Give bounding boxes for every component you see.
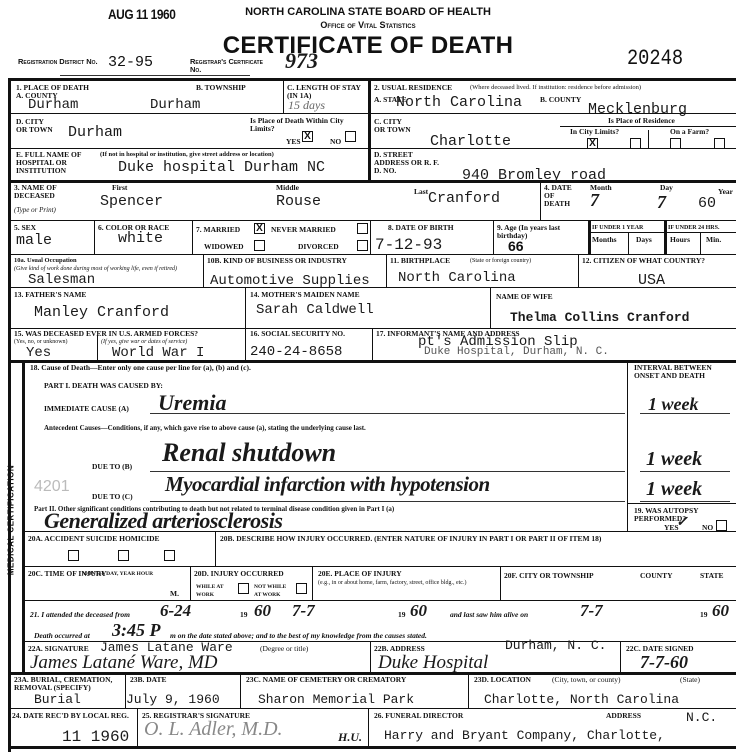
months-label: Months [592,236,617,244]
time-of-injury-m: M. [170,590,179,598]
organization-name: NORTH CAROLINA STATE BOARD OF HEALTH [0,6,736,18]
residence-county-label: b. County [540,96,581,104]
father-name-label: 13. Father's Name [14,291,86,299]
occupation-label: 10a. Usual Occupation [14,257,77,265]
last-saw-label: and last saw him alive on [450,611,528,619]
autopsy-yes-mark[interactable]: ✓ [676,514,688,531]
funeral-address-label: Address [606,712,641,720]
spouse-name-value: Thelma Collins Cranford [510,310,689,325]
industry-value: Automotive Supplies [210,273,370,289]
on-farm-label: On a Farm? [670,128,709,136]
death-township-value: Durham [150,97,200,113]
registrar-initials: H.U. [338,730,362,745]
under-1-year-label: If under 1 year [592,224,643,232]
death-day-label: Day [660,184,673,192]
part2-value: Generalized arteriosclerosis [44,508,282,534]
in-city-limits-yes-checkbox[interactable]: X [587,138,598,149]
describe-injury-label: 20b. Describe how injury occurred. (Ente… [220,535,601,543]
death-city-label: d. City or Town [16,118,56,134]
cause-b-value: Renal shutdown [162,438,336,468]
date-signed-value: 7-7-60 [640,652,688,673]
married-checkbox[interactable]: X [254,223,265,234]
first-name-value: Spencer [100,193,163,210]
last-saw-year: 60 [712,601,729,621]
street-address-label: d. Street Address or R. F. D. No. [374,151,444,175]
attended-from-year-prefix: 19 [240,611,248,619]
not-while-at-work-checkbox[interactable] [296,583,307,594]
burial-label: 23a. Burial, Cremation, Removal (Specify… [14,676,124,692]
immediate-interval-value: 1 week [648,394,698,415]
never-married-label: Never Married [271,226,336,234]
is-place-of-residence-label: Is Place of Residence [608,117,675,125]
death-day-value: 7 [657,192,666,213]
middle-name-label: Middle [276,184,299,192]
signature-handwritten: James Latané Ware, MD [30,652,218,674]
degree-label: (Degree or title) [260,645,308,653]
death-occurred-tail: m on the date stated above; and to the b… [170,632,427,640]
usual-residence-label: 2. Usual Residence [374,84,452,92]
usual-residence-hint: (Where deceased lived. If institution: r… [470,84,641,92]
due-to-b-label: Due to (b) [92,463,132,471]
state-file-number: 20248 [627,46,683,71]
last-name-value: Cranford [428,190,500,207]
ssn-label: 16. Social Security No. [250,330,345,338]
street-address-value: 940 Bromley road [462,167,606,184]
within-limits-no-label: NO [330,138,341,146]
armed-forces-label: 15. Was Deceased Ever in U.S. Armed Forc… [14,330,198,338]
date-of-death-label: 4. Date of Death [544,184,580,208]
place-of-injury-label: 20e. Place of Injury [318,570,402,578]
citizen-label: 12. Citizen of What Country? [582,257,705,265]
last-saw-year-prefix: 19 [700,611,708,619]
office-name: Office of Vital Statistics [0,20,736,30]
occupation-value: Salesman [28,272,95,288]
city-township-label: 20f. City or Township [504,572,594,580]
in-city-limits-label: In City Limits? [570,128,619,136]
registrar-certificate-label: Registrar's Certificate No. [190,58,270,74]
suicide-checkbox[interactable] [118,550,129,561]
registrar-signature-value: O. L. Adler, M.D. [144,718,283,741]
not-while-at-work-label: Not While at Work [254,583,288,599]
funeral-state-value: N.C. [686,710,717,725]
immediate-cause-label: Immediate Cause (a) [44,405,129,413]
within-limits-yes-label: YES [286,138,301,146]
within-limits-yes-checkbox[interactable]: X [302,131,313,142]
birthplace-hint: (State or foreign country) [470,257,531,265]
divorced-label: Divorced [298,243,339,251]
armed-forces-value: Yes [26,345,51,361]
part1-label: Part I. Death was caused by: [44,382,163,390]
autopsy-no-checkbox[interactable] [716,520,727,531]
injury-county-label: County [640,572,673,580]
ssn-value: 240-24-8658 [250,344,342,360]
informant-line2: Duke Hospital, Durham, N. C. [424,346,609,358]
interval-label: Interval Between Onset and Death [634,364,734,380]
spouse-name-label: Name of wife [496,293,553,301]
deceased-name-hint: (Type or Print) [14,206,56,214]
death-county-value: Durham [28,97,78,113]
within-limits-no-checkbox[interactable] [345,131,356,142]
physician-address-handwritten: Duke Hospital [378,652,488,674]
industry-label: 10b. Kind of Business or Industry [207,257,347,265]
date-recd-label: 24. Date Rec'd by Local Reg. [12,712,134,720]
attended-to-value: 7-7 [292,601,315,621]
injury-state-label: State [700,572,723,580]
accident-checkbox[interactable] [68,550,79,561]
homicide-checkbox[interactable] [164,550,175,561]
place-of-injury-hint: (e.g., in or about home, farm, factory, … [318,579,496,587]
last-saw-value: 7-7 [580,601,603,621]
mother-name-label: 14. Mother's Maiden Name [250,291,360,299]
attended-to-year: 60 [410,601,427,621]
last-name-label: Last [414,188,428,196]
middle-name-value: Rouse [276,193,321,210]
in-city-limits-no-checkbox[interactable] [630,138,641,149]
interval-c-value: 1 week [646,478,702,501]
attended-from-value: 6-24 [160,601,191,621]
funeral-director-label: 26. Funeral Director [374,712,463,720]
registration-district-value: 32-95 [108,54,153,71]
cause-c-value: Myocardial infarction with hypotension [165,472,490,497]
married-label: 7. Married [196,226,240,234]
location-state-hint: (State) [680,676,700,684]
death-township-label: b. Township [196,84,246,92]
medical-certification-side-label: MEDICAL CERTIFICATION [4,440,18,600]
never-married-checkbox[interactable] [357,223,368,234]
first-name-label: First [112,184,127,192]
autopsy-no-label: NO [702,524,713,532]
death-occurred-label: Death occurred at [34,632,90,640]
while-at-work-checkbox[interactable] [238,583,249,594]
mother-name-value: Sarah Caldwell [256,302,374,318]
length-of-stay-value: 15 days [288,98,325,113]
location-label: 23d. Location [474,676,531,684]
due-to-c-label: Due to (c) [92,493,133,501]
citizen-value: USA [638,272,665,289]
on-farm-no-checkbox[interactable] [714,138,725,149]
immediate-cause-value: Uremia [158,390,226,416]
date-recd-value: 11 1960 [62,728,129,746]
dob-value: 7-12-93 [375,236,442,254]
cause-of-death-header: 18. Cause of Death—Enter only one cause … [30,364,251,372]
widowed-checkbox[interactable] [254,240,265,251]
attended-from-year: 60 [254,601,271,621]
cemetery-value: Sharon Memorial Park [258,692,414,707]
time-of-injury-hint: Month, Day, Year Hour [82,570,153,578]
burial-date-label: 23b. Date [130,676,167,684]
death-year-value: 60 [698,195,716,212]
war-value: World War I [112,345,204,361]
days-label: Days [636,236,652,244]
attended-to-year-prefix: 19 [398,611,406,619]
residence-state-value: North Carolina [396,94,522,111]
sex-value: male [16,232,52,249]
location-value: Charlotte, North Carolina [484,692,679,707]
hospital-hint: (If not in hospital or institution, give… [100,151,274,159]
hospital-value: Duke hospital Durham NC [118,159,325,176]
father-name-value: Manley Cranford [34,304,169,321]
death-time-value: 3:45 P [112,620,161,641]
while-at-work-label: While at Work [196,583,236,599]
on-farm-yes-checkbox[interactable] [670,138,681,149]
death-city-value: Durham [68,124,122,141]
death-month-value: 7 [590,190,599,211]
cemetery-label: 23c. Name of Cemetery or Crematory [246,676,406,684]
widowed-label: Widowed [204,243,244,251]
registration-district-label: Registration District No. [18,58,98,66]
margin-code-note: 4201 [34,478,70,496]
attended-label: 21. I attended the deceased from [30,611,130,619]
divorced-checkbox[interactable] [357,240,368,251]
antecedent-label: Antecedent Causes—Conditions, if any, wh… [44,424,366,432]
location-hint: (City, town, or county) [552,676,620,684]
registrar-certificate-value: 973 [285,48,318,74]
hospital-label: e. Full Name of Hospital or Institution [16,151,96,175]
min-label: Min. [706,236,721,244]
hours-label: Hours [670,236,690,244]
death-year-label: Year [718,188,733,196]
age-value: 66 [508,238,524,254]
burial-date-value: July 9, 1960 [126,692,220,707]
residence-city-value: Charlotte [430,133,511,150]
burial-value: Burial [34,692,81,707]
dob-label: 8. Date of Birth [388,224,454,232]
race-value: white [118,230,163,247]
birthplace-value: North Carolina [398,270,516,286]
funeral-director-value: Harry and Bryant Company, Charlotte, [384,728,665,743]
sex-label: 5. Sex [14,224,36,232]
birthplace-label: 11. Birthplace [390,257,450,265]
residence-city-label: c. City or Town [374,118,414,134]
under-24-hrs-label: If under 24 hrs. [668,224,719,232]
accident-label: 20a. Accident Suicide Homicide [28,535,160,543]
injury-occurred-label: 20d. Injury Occurred [194,570,284,578]
deceased-name-label: 3. Name of Deceased [14,184,64,200]
physician-address-typed: Durham, N. C. [505,638,606,653]
interval-b-value: 1 week [646,448,702,471]
